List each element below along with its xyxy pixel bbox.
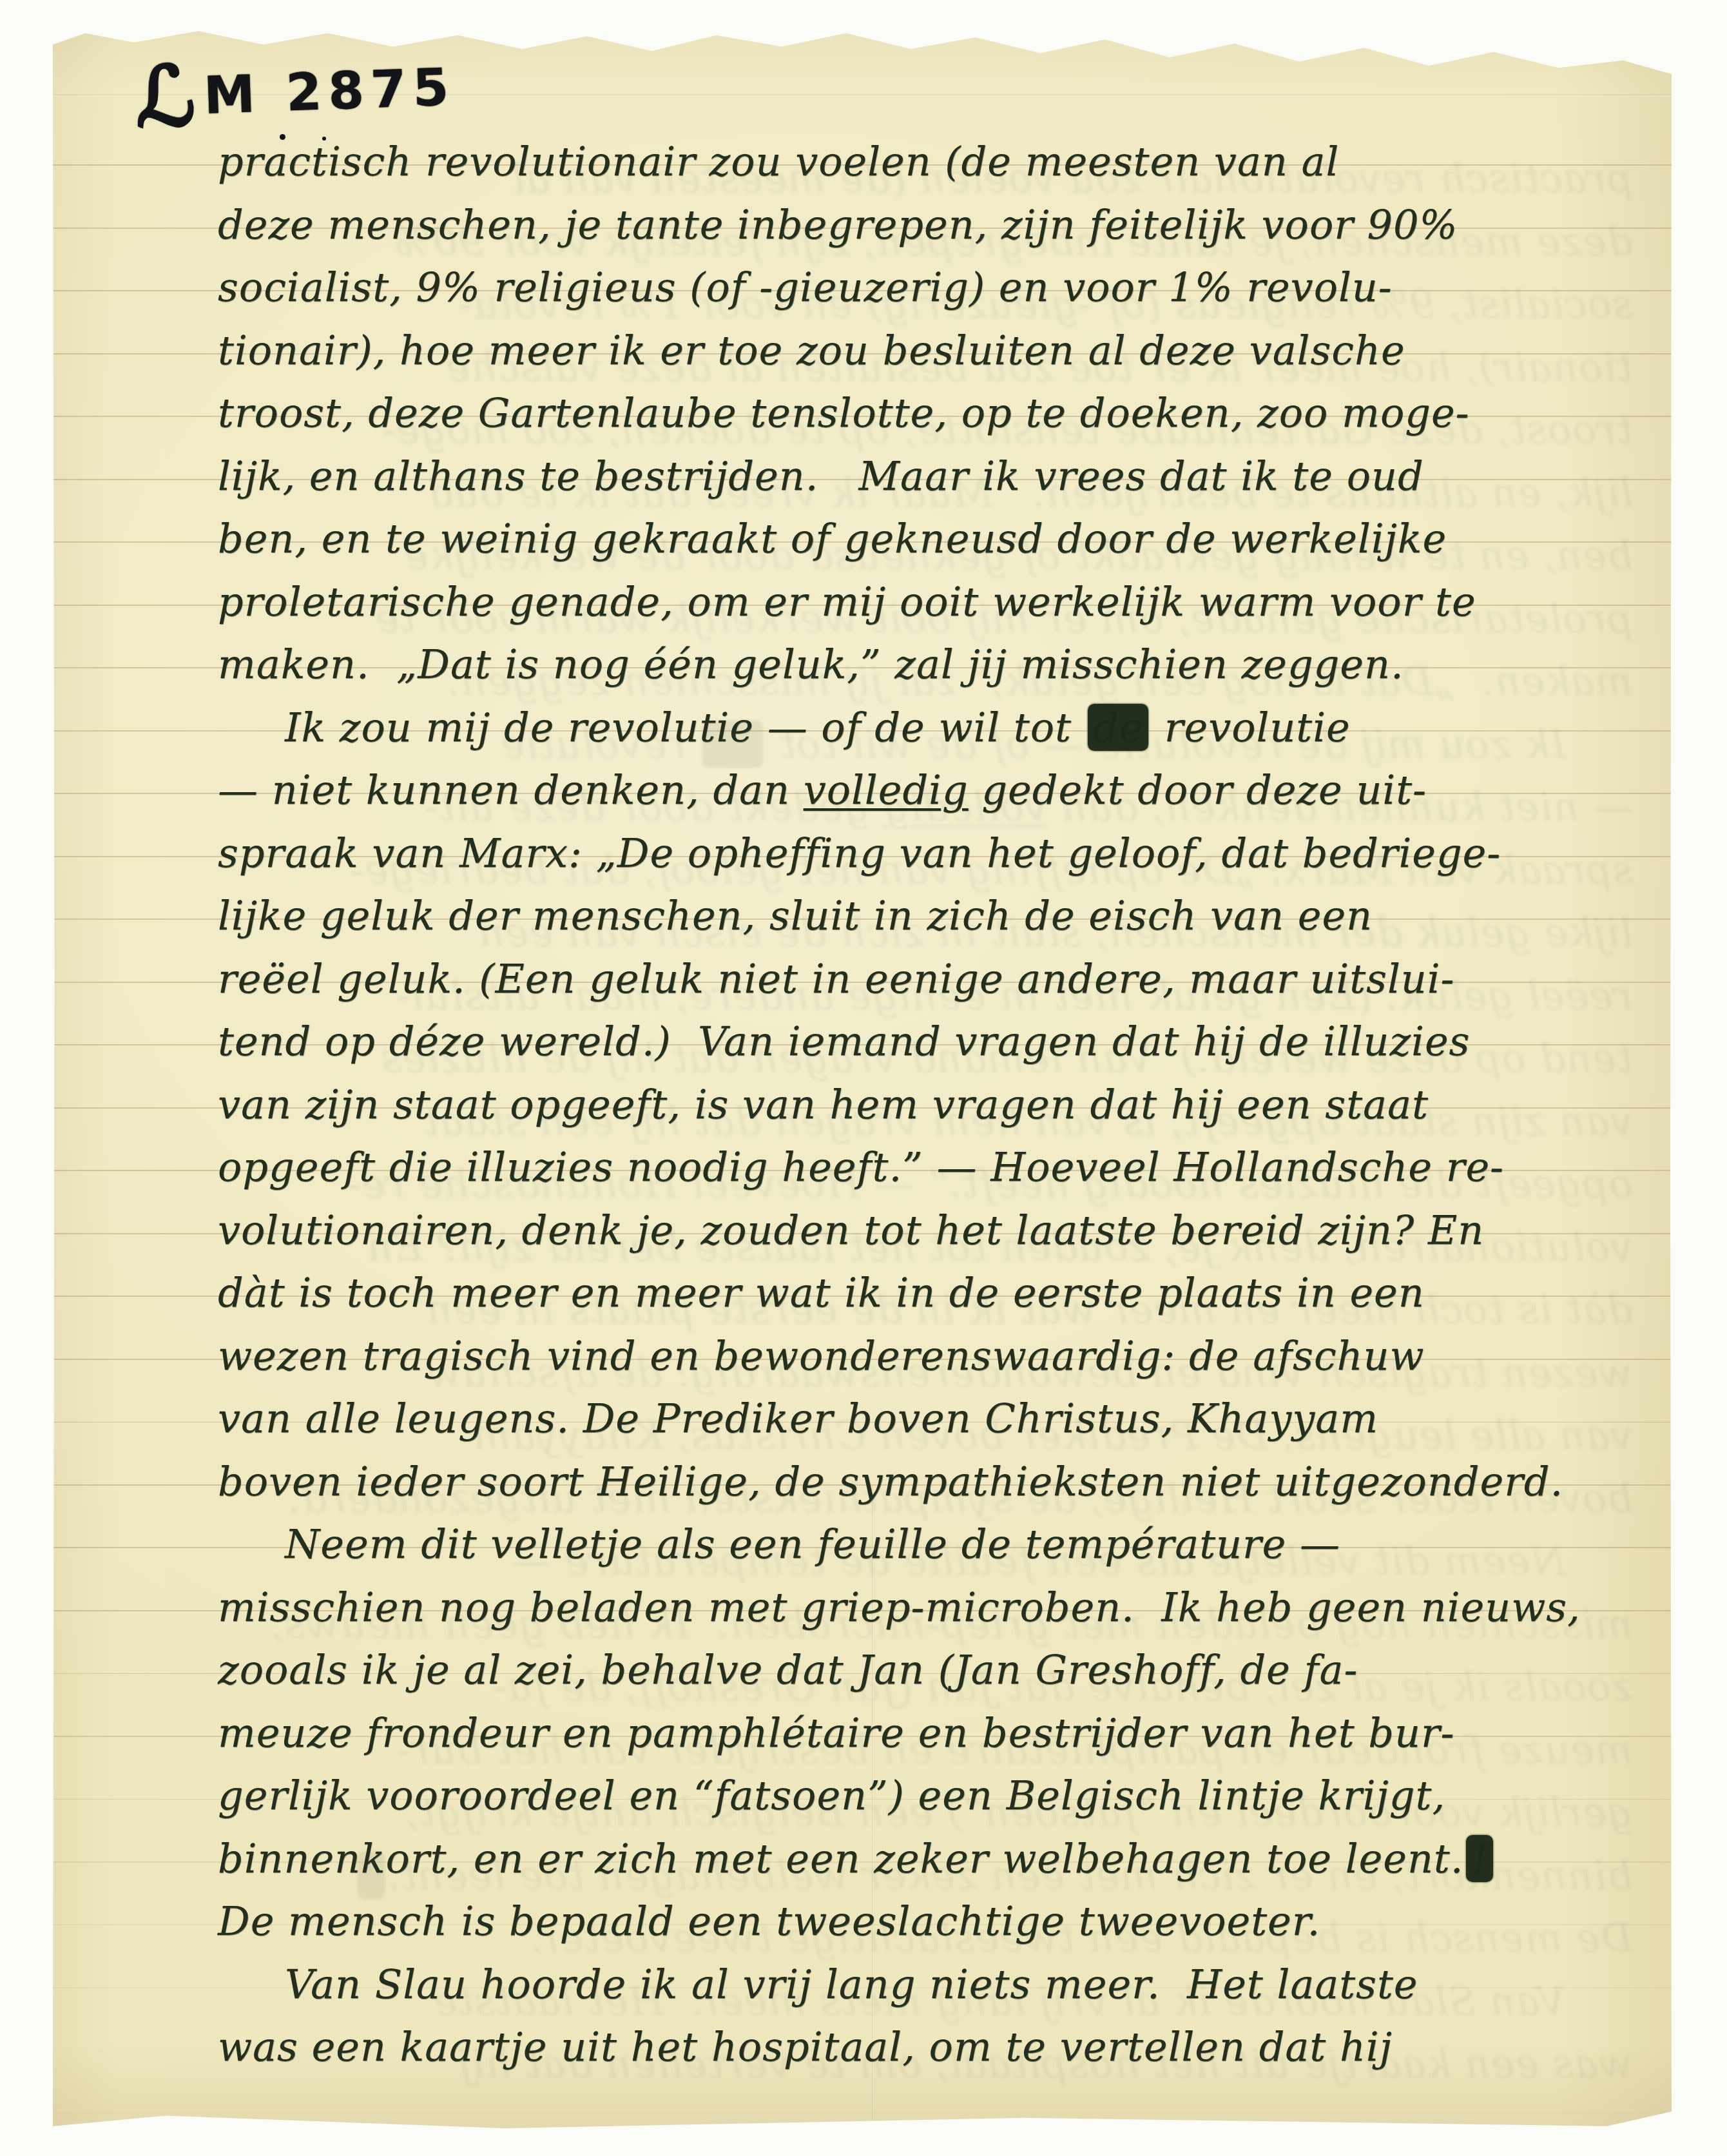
stamp-number: M 2875 — [203, 57, 456, 126]
letter-line: van zijn staat opgeeft, is van hem vrage… — [218, 1073, 1633, 1136]
letter-line: boven ieder soort Heilige, de sympathiek… — [218, 1450, 1633, 1513]
letter-line: dàt is toch meer en meer wat ik in de ee… — [218, 1261, 1633, 1325]
letter-line: lijk, en althans te bestrijden. Maar ik … — [218, 445, 1633, 508]
letter-line: volutionairen, denk je, zouden tot het l… — [218, 1199, 1633, 1262]
letter-line: gerlijk vooroordeel en “fatsoen”) een Be… — [218, 1764, 1633, 1827]
letter-line: Van Slau hoorde ik al vrij lang niets me… — [218, 1953, 1633, 2016]
letter-line: lijke geluk der menschen, sluit in zich … — [218, 884, 1633, 947]
stamp-monogram-icon: ℒ — [134, 47, 197, 146]
letter-line: misschien nog beladen met griep-microben… — [218, 1576, 1633, 1639]
letter-line: De mensch is bepaald een tweeslachtige t… — [218, 1890, 1633, 1953]
letter-line: wezen tragisch vind en bewonderenswaardi… — [218, 1325, 1633, 1388]
letter-line: maken. „Dat is nog één geluk,” zal jij m… — [218, 633, 1633, 696]
letter-line: — niet kunnen denken, dan volledig gedek… — [218, 759, 1633, 822]
letter-line: van alle leugens. De Prediker boven Chri… — [218, 1387, 1633, 1450]
letter-line: troost, deze Gartenlaube tenslotte, op t… — [218, 382, 1633, 445]
scanned-letter-page: ℒM 2875 practisch revolutionair zou voel… — [0, 0, 1727, 2156]
letter-line: was een kaartje uit het hospitaal, om te… — [218, 2015, 1633, 2079]
letter-line: tionair), hoe meer ik er toe zou besluit… — [218, 319, 1633, 382]
letter-line: proletarische genade, om er mij ooit wer… — [218, 570, 1633, 634]
letter-line: ben, en te weinig gekraakt of gekneusd d… — [218, 507, 1633, 570]
letter-line: binnenkort, en er zich met een zeker wel… — [218, 1827, 1633, 1890]
letter-line: opgeeft die illuzies noodig heeft.” — Ho… — [218, 1136, 1633, 1199]
letter-line: Ik zou mij de revolutie — of de wil tot … — [218, 696, 1633, 759]
letter-paper: ℒM 2875 practisch revolutionair zou voel… — [53, 26, 1672, 2128]
letter-line: socialist, 9% religieus (of -gieuzerig) … — [218, 256, 1633, 319]
letter-line: deze menschen, je tante inbegrepen, zijn… — [218, 193, 1633, 257]
letter-line: practisch revolutionair zou voelen (de m… — [218, 130, 1633, 193]
letter-line: spraak van Marx: „De opheffing van het g… — [218, 822, 1633, 885]
letter-line: meuze frondeur en pamphlétaire en bestri… — [218, 1702, 1633, 1765]
letter-line: Neem dit velletje als een feuille de tem… — [218, 1513, 1633, 1576]
letter-line: tend op déze wereld.) Van iemand vragen … — [218, 1010, 1633, 1073]
letter-line: zooals ik je al zei, behalve dat Jan (Ja… — [218, 1638, 1633, 1702]
letter-text: practisch revolutionair zou voelen (de m… — [218, 130, 1633, 2079]
letter-line: reëel geluk. (Een geluk niet in eenige a… — [218, 947, 1633, 1011]
